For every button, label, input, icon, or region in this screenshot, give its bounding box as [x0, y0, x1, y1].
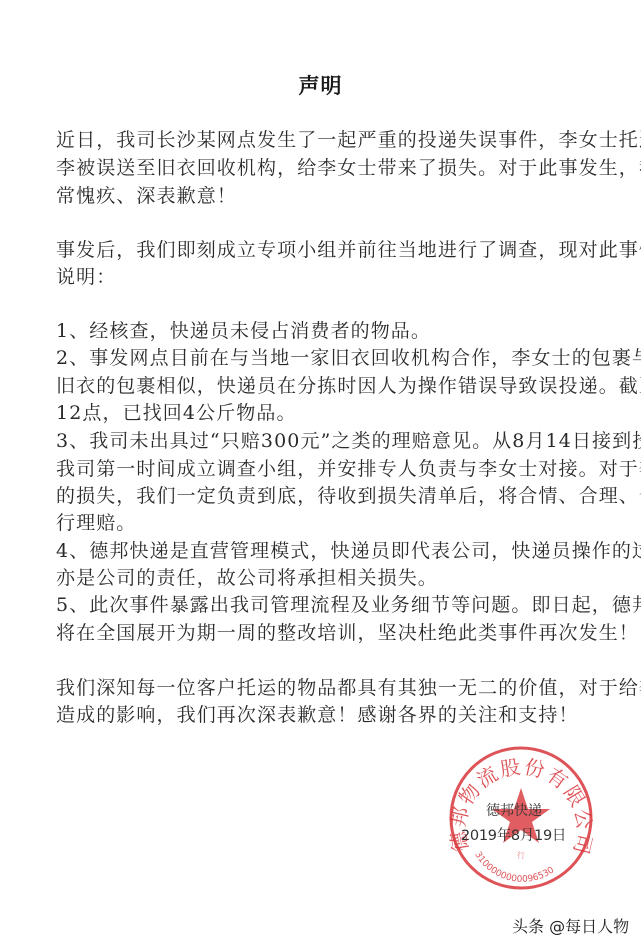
text-line: 说明： — [56, 265, 596, 289]
text-line: 李被误送至旧衣回收机构，给李女士带来了损失。对于此事发生，我们非 — [56, 156, 596, 180]
list-item: 2、事发网点目前在与当地一家旧衣回收机构合作，李女士的包裹与回收 — [56, 346, 596, 370]
text-line: 我司第一时间成立调查小组，并安排专人负责与李女士对接。对于李女士 — [56, 457, 596, 481]
list-item: 4、德邦快递是直营管理模式，快递员即代表公司，快递员操作的过错， — [56, 539, 596, 563]
list-item: 5、此次事件暴露出我司管理流程及业务细节等问题。即日起，德邦快递 — [56, 593, 596, 617]
text-line: 行理赔。 — [56, 511, 596, 535]
signature-date: 2019年8月19日 — [461, 824, 566, 845]
text-line: 我们深知每一位客户托运的物品都具有其独一无二的价值，对于给李女士 — [56, 676, 596, 700]
text-line: 旧衣的包裹相似，快递员在分拣时因人为操作错误导致误投递。截至19日 — [56, 374, 596, 398]
list-item: 3、我司未出具过“只赔300元”之类的理赔意见。从8月14日接到投诉后， — [56, 429, 596, 453]
text-line: 造成的影响，我们再次深表歉意！感谢各界的关注和支持！ — [56, 703, 596, 727]
text-line: 将在全国展开为期一周的整改培训，坚决杜绝此类事件再次发生！ — [56, 621, 596, 645]
text-line: 亦是公司的责任，故公司将承担相关损失。 — [56, 566, 596, 590]
text-line: 事发后，我们即刻成立专项小组并前往当地进行了调查，现对此事做以下 — [56, 238, 596, 262]
page-title: 声明 — [0, 70, 641, 100]
watermark: 头条 @每日人物 — [512, 914, 629, 937]
text-line: 12点，已找回4公斤物品。 — [56, 401, 596, 425]
text-line: 常愧疚、深表歉意！ — [56, 184, 596, 208]
text-line: 近日，我司长沙某网点发生了一起严重的投递失误事件，李女士托运的行 — [56, 128, 596, 152]
text-line: 的损失，我们一定负责到底，待收到损失清单后，将合情、合理、合法进 — [56, 484, 596, 508]
seal-center-mark: 行 — [517, 850, 525, 860]
list-item: 1、经核查，快递员未侵占消费者的物品。 — [56, 319, 596, 343]
signature-company: 德邦快递 — [486, 800, 542, 820]
